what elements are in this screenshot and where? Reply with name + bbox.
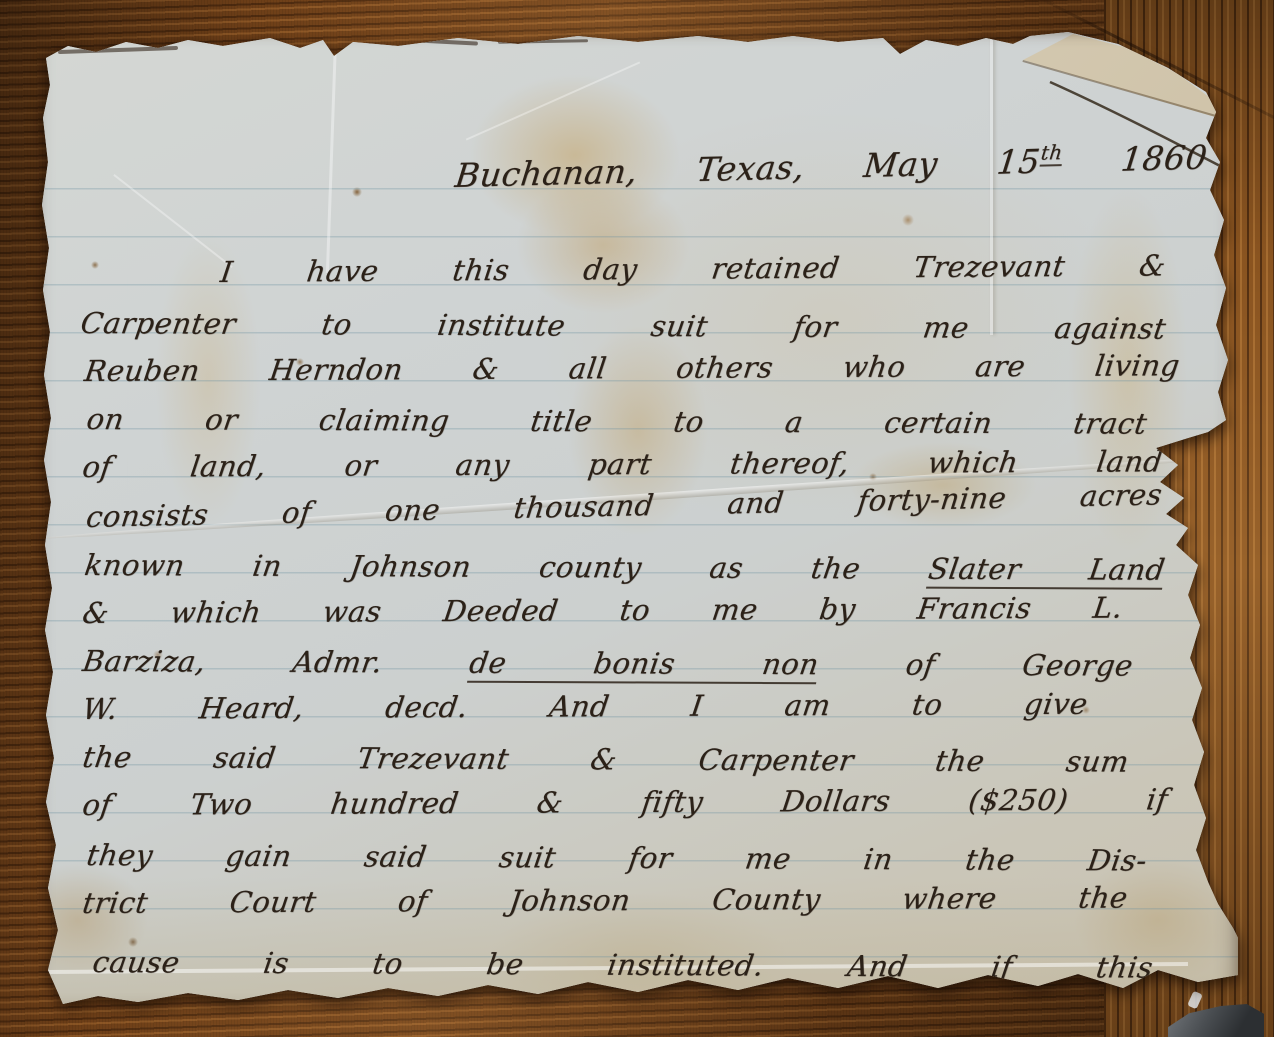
letter-line: Carpenter to institute suit for me again… — [78, 303, 1169, 349]
dateline-year: 1860 — [1059, 138, 1209, 181]
dateline-text: Buchanan, Texas, May 15 — [453, 142, 1042, 195]
letter-line: cause is to be instituted. And if this — [90, 942, 1156, 988]
letter-line: & which was Deeded to me by Francis L. — [80, 588, 1125, 633]
underlined-phrase: de bonis non — [467, 646, 821, 684]
letter-line: of Two hundred & fifty Dollars ($250) if — [80, 779, 1170, 825]
letter-line: I have this day retained Trezevant & — [218, 245, 1168, 292]
letter-line: Barziza, Admr. de bonis non of George — [80, 641, 1136, 686]
ordinal-suffix: th — [1039, 141, 1064, 167]
line-text: Barziza, Admr. — [80, 644, 472, 680]
letter-line: the said Trezevant & Carpenter the sum — [80, 737, 1132, 782]
underlined-phrase: Slater Land — [926, 552, 1168, 590]
letter-paper: Buchanan, Texas, May 15th 1860 I have th… — [38, 30, 1238, 1015]
letter-line: Reuben Herndon & all others who are livi… — [82, 345, 1182, 391]
line-text: known in Johnson county as the — [82, 548, 931, 586]
line-text: of George — [816, 647, 1135, 682]
paper-shadow-wrap: Buchanan, Texas, May 15th 1860 I have th… — [0, 0, 1274, 1037]
letter-text: Buchanan, Texas, May 15th 1860 I have th… — [38, 30, 1238, 1015]
letter-line: known in Johnson county as the Slater La… — [82, 545, 1168, 590]
photo-of-letter: Buchanan, Texas, May 15th 1860 I have th… — [0, 0, 1274, 1037]
letter-line: W. Heard, decd. And I am to give — [80, 684, 1090, 729]
dateline: Buchanan, Texas, May 15th 1860 — [453, 129, 1210, 196]
letter-line: they gain said suit for me in the Dis- — [84, 835, 1150, 881]
letter-line: trict Court of Johnson County where the — [80, 877, 1130, 923]
letter-line: on or claiming title to a certain tract — [84, 399, 1150, 444]
